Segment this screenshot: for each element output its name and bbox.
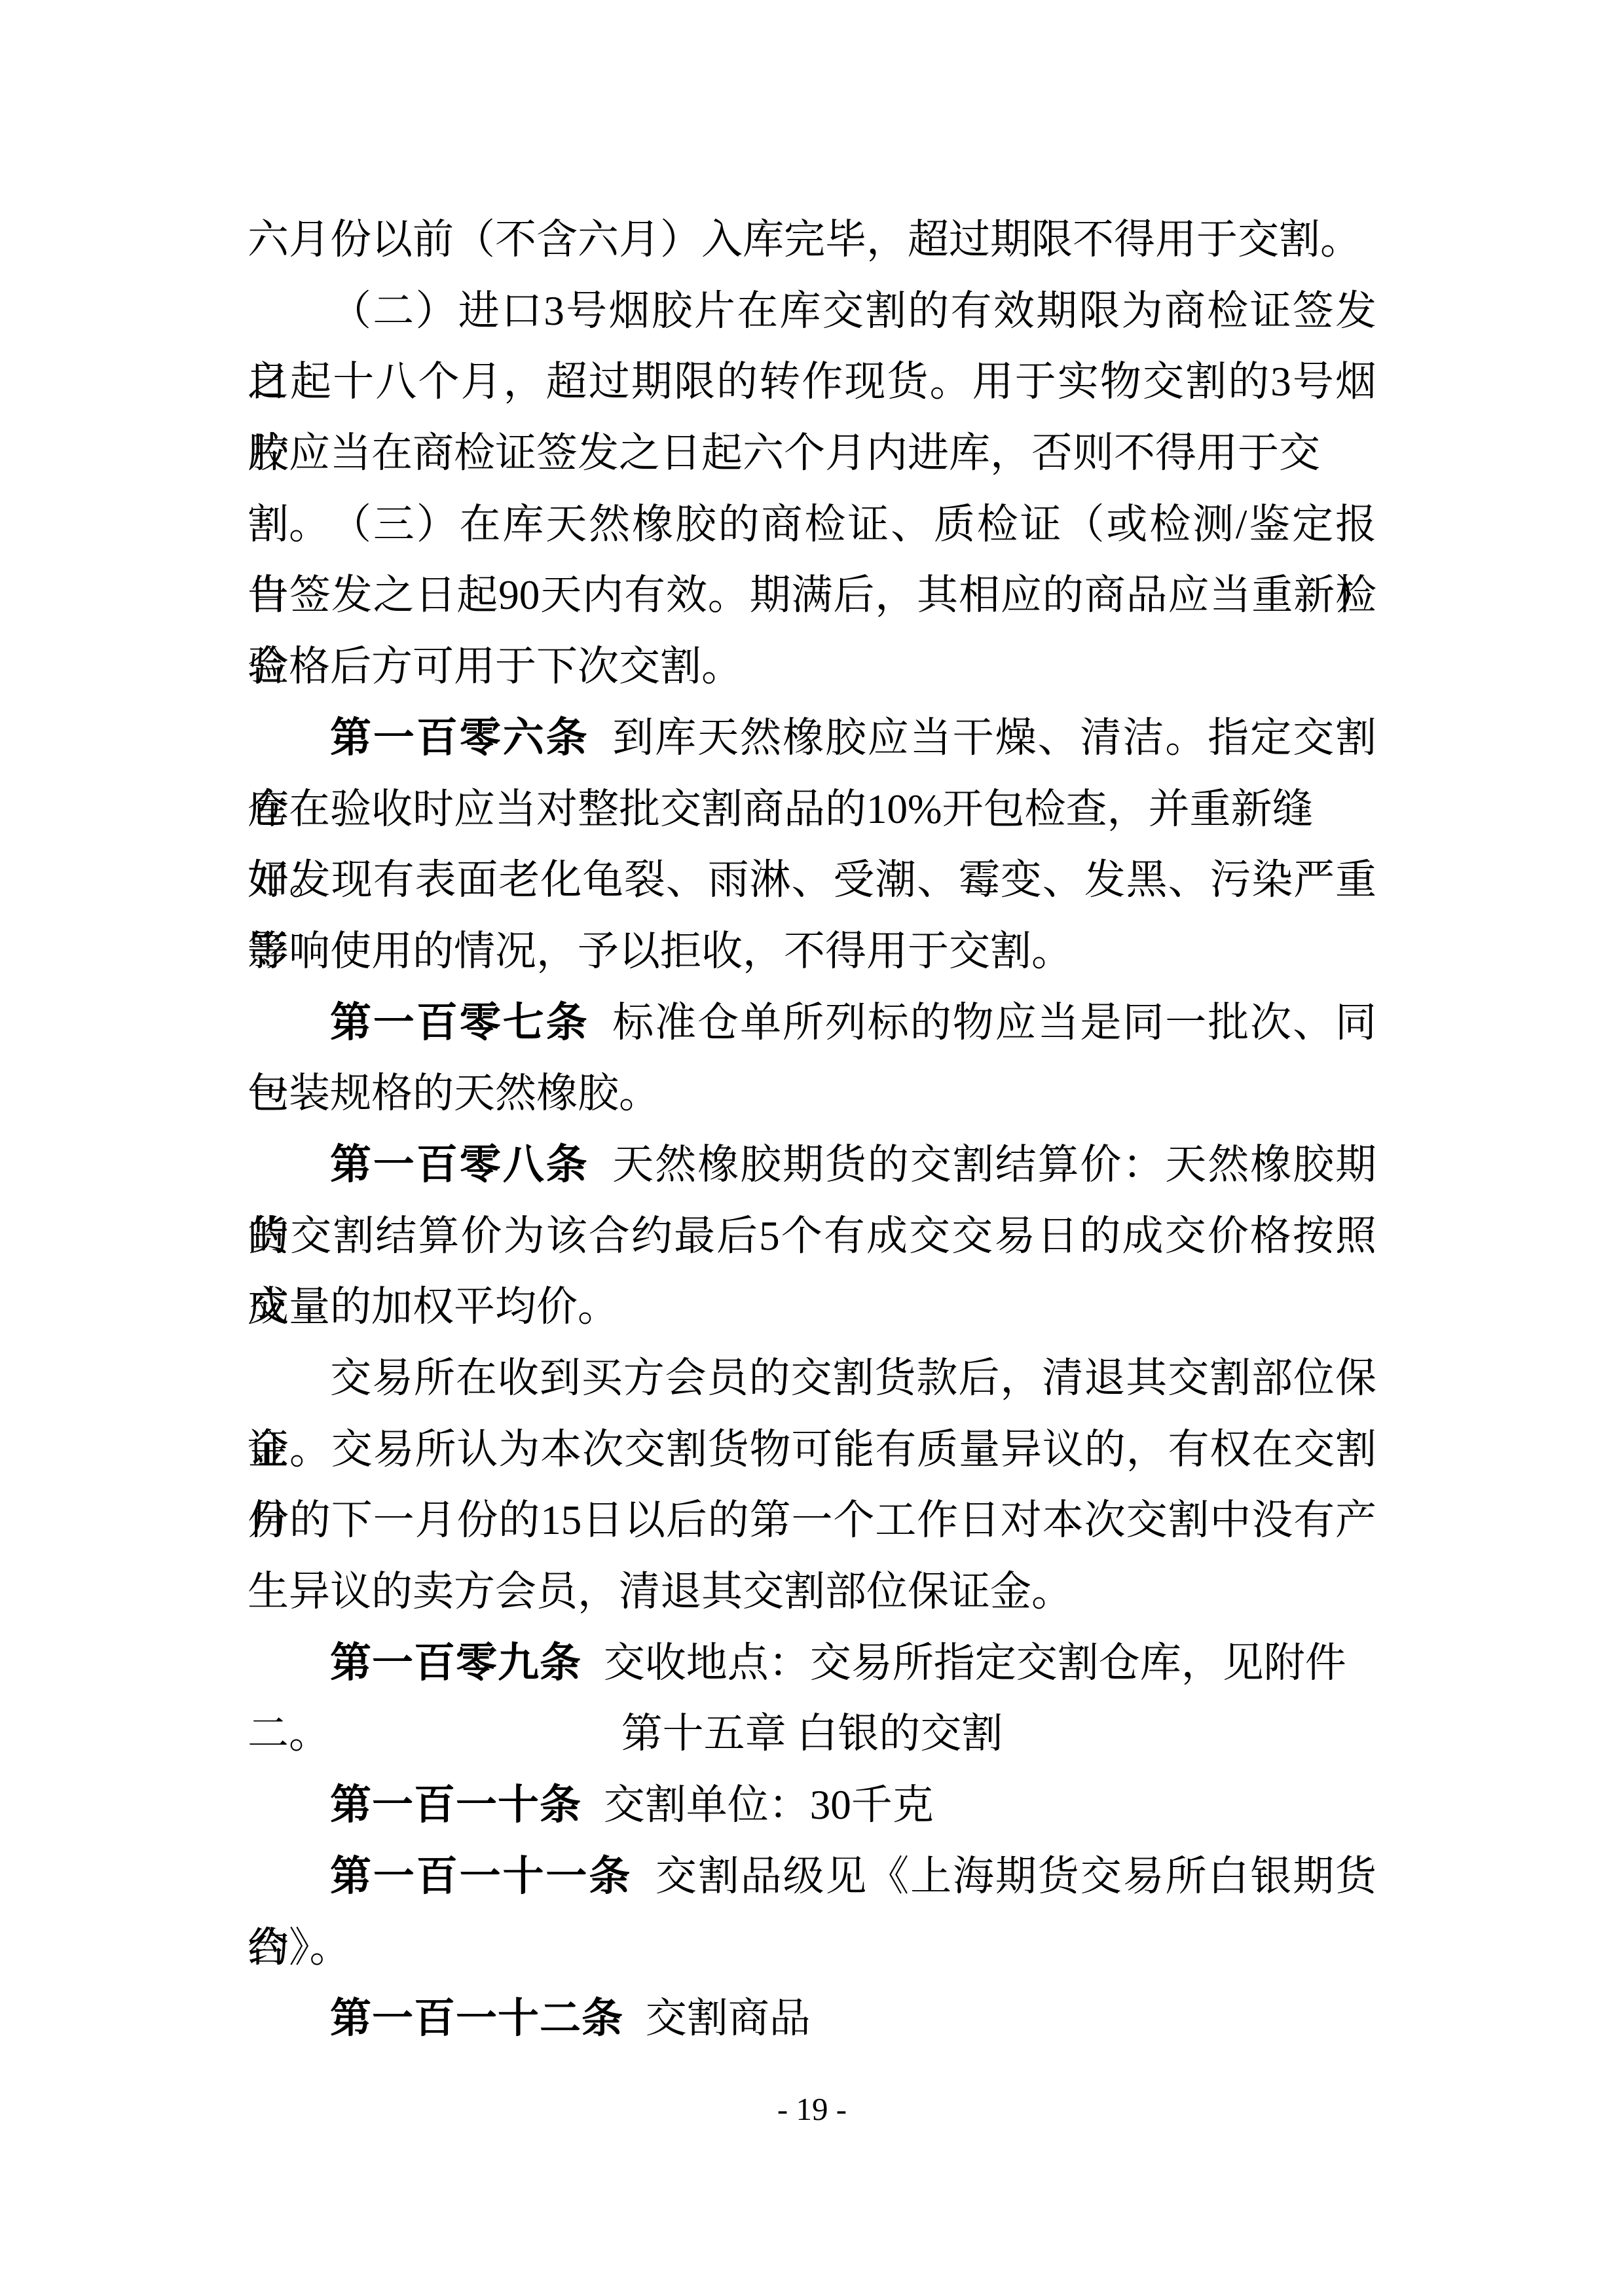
article-number: 第一百零七条 <box>330 1000 589 1046</box>
article-number: 第一百零八条 <box>330 1142 589 1188</box>
text-line: 第一百零六条 到库天然橡胶应当干燥、清洁。指定交割仓 <box>248 702 1376 774</box>
text-line: 第一百零八条 天然橡胶期货的交割结算价：天然橡胶期货 <box>248 1129 1376 1201</box>
article-number: 第一百一十一条 <box>330 1853 632 1899</box>
text-line: 生异议的卖方会员，清退其交割部位保证金。 <box>248 1556 1376 1628</box>
line-text: 交割商品 <box>635 1995 811 2041</box>
line-text: 第十五章 白银的交割 <box>621 1711 1003 1757</box>
text-line: 包装规格的天然橡胶。 <box>248 1058 1376 1129</box>
text-line: 交易所在收到买方会员的交割货款后，清退其交割部位保证 <box>248 1343 1376 1414</box>
text-line: 金。交易所认为本次交割货物可能有质量异议的，有权在交割月 <box>248 1414 1376 1485</box>
text-line: 日起十八个月，超过期限的转作现货。用于实物交割的3号烟胶 <box>248 346 1376 418</box>
article-number: 第一百一十二条 <box>330 1995 623 2041</box>
line-text: 交量的加权平均价。 <box>248 1284 619 1330</box>
page-number: - 19 - <box>0 2090 1624 2129</box>
line-text: 交割单位：30千克 <box>593 1782 934 1828</box>
text-line: 约》。 <box>248 1912 1376 1984</box>
document-page: 六月份以前（不含六月）入库完毕，超过期限不得用于交割。（二）进口3号烟胶片在库交… <box>0 0 1624 2296</box>
text-line: 六月份以前（不含六月）入库完毕，超过期限不得用于交割。 <box>248 204 1376 276</box>
text-line: 库在验收时应当对整批交割商品的10%开包检查，并重新缝好。 <box>248 774 1376 845</box>
line-text: 约》。 <box>248 1925 351 1971</box>
line-text: 影响使用的情况，予以拒收，不得用于交割。 <box>248 928 1073 974</box>
text-line: 交量的加权平均价。 <box>248 1271 1376 1343</box>
text-line: 第一百一十一条 交割品级见《上海期货交易所白银期货合 <box>248 1841 1376 1912</box>
text-line: 第一百一十二条 交割商品 <box>248 1983 1376 2054</box>
document-body: 六月份以前（不含六月）入库完毕，超过期限不得用于交割。（二）进口3号烟胶片在库交… <box>248 204 1376 2054</box>
text-line: 第一百零九条 交收地点：交易所指定交割仓库，见附件二。 <box>248 1628 1376 1699</box>
line-text: 合格后方可用于下次交割。 <box>248 644 743 689</box>
line-text: 六月份以前（不含六月）入库完毕，超过期限不得用于交割。 <box>248 217 1361 263</box>
text-line: 第一百一十条 交割单位：30千克 <box>248 1770 1376 1841</box>
text-line: 的交割结算价为该合约最后5个有成交交易日的成交价格按照成 <box>248 1201 1376 1272</box>
text-line: 份的下一月份的15日以后的第一个工作日对本次交割中没有产 <box>248 1485 1376 1556</box>
text-line: 第一百零七条 标准仓单所列标的物应当是同一批次、同一 <box>248 987 1376 1059</box>
text-line: 合格后方可用于下次交割。 <box>248 631 1376 702</box>
text-line: 影响使用的情况，予以拒收，不得用于交割。 <box>248 916 1376 987</box>
text-line: （二）进口3号烟胶片在库交割的有效期限为商检证签发之 <box>248 276 1376 347</box>
text-line: 如发现有表面老化龟裂、雨淋、受潮、霉变、发黑、污染严重等 <box>248 845 1376 916</box>
text-line: （三）在库天然橡胶的商检证、质检证（或检测/鉴定报告） <box>248 489 1376 560</box>
text-line: 自签发之日起90天内有效。期满后，其相应的商品应当重新检验 <box>248 560 1376 631</box>
line-text: 份的下一月份的15日以后的第一个工作日对本次交割中没有产 <box>248 1497 1376 1543</box>
article-number: 第一百一十条 <box>330 1782 581 1828</box>
line-text: 生异议的卖方会员，清退其交割部位保证金。 <box>248 1569 1073 1614</box>
text-line: 片应当在商检证签发之日起六个月内进库，否则不得用于交割。 <box>248 418 1376 489</box>
line-text: 包装规格的天然橡胶。 <box>248 1070 660 1116</box>
article-number: 第一百零六条 <box>330 715 589 761</box>
article-number: 第一百零九条 <box>330 1640 581 1686</box>
chapter-heading: 第十五章 白银的交割 <box>248 1698 1376 1770</box>
